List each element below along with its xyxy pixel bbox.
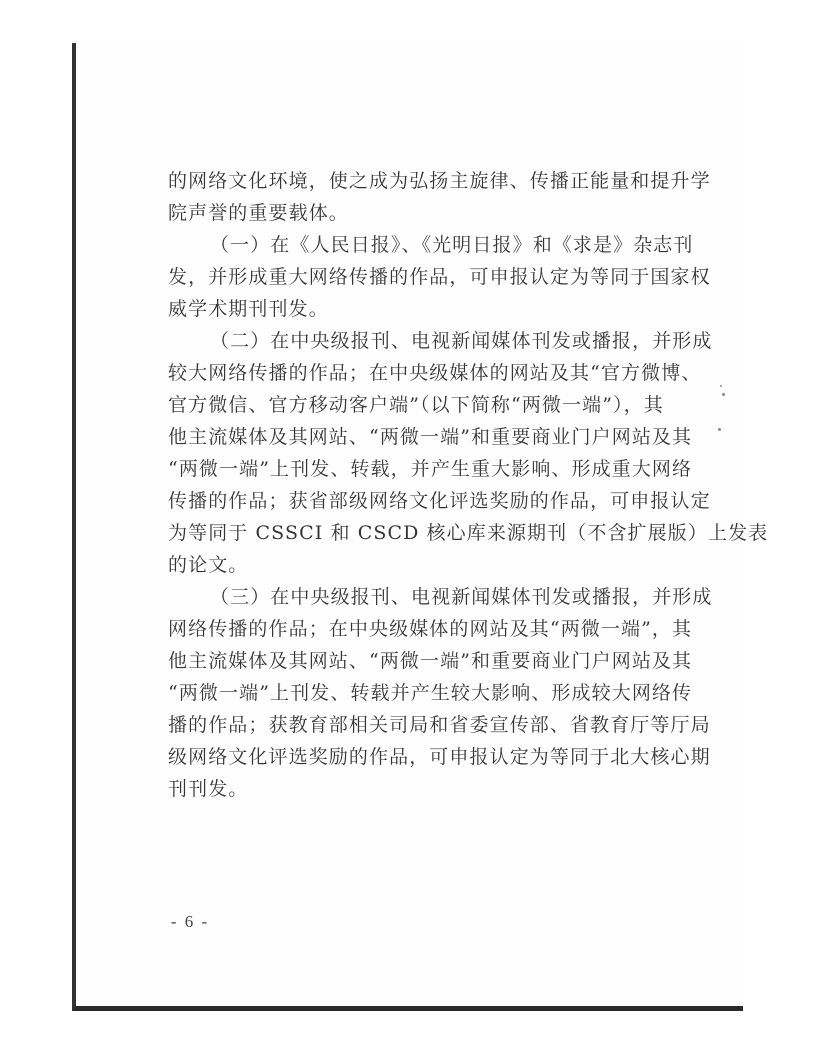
document-body: 的网络文化环境，使之成为弘扬主旋律、传播正能量和提升学 院声誉的重要载体。 （一… <box>168 165 658 805</box>
text-line: 播的作品；获教育部相关司局和省委宣传部、省教育厅等厅局 <box>168 709 658 741</box>
scan-speck <box>718 428 721 431</box>
text-line: 的论文。 <box>168 549 658 581</box>
scan-speck <box>720 385 722 387</box>
text-line: 院声誉的重要载体。 <box>168 197 658 229</box>
text-line: 网络传播的作品；在中央级媒体的网站及其“两微一端”，其 <box>168 613 658 645</box>
text-line: 为等同于 CSSCI 和 CSCD 核心库来源期刊（不含扩展版）上发表 <box>168 517 658 549</box>
text-line: 他主流媒体及其网站、“两微一端”和重要商业门户网站及其 <box>168 421 658 453</box>
text-line: 发，并形成重大网络传播的作品，可申报认定为等同于国家权 <box>168 261 658 293</box>
text-line: 官方微信、官方移动客户端”（以下简称“两微一端”），其 <box>168 389 658 421</box>
text-line: 刊刊发。 <box>168 773 658 805</box>
page-number: - 6 - <box>160 912 220 932</box>
text-line: “两微一端”上刊发、转载并产生较大影响、形成较大网络传 <box>168 677 658 709</box>
text-line: 他主流媒体及其网站、“两微一端”和重要商业门户网站及其 <box>168 645 658 677</box>
paragraph-three-start: （三）在中央级报刊、电视新闻媒体刊发或播报，并形成 <box>168 581 658 613</box>
text-line: 的网络文化环境，使之成为弘扬主旋律、传播正能量和提升学 <box>168 165 658 197</box>
text-line: 较大网络传播的作品；在中央级媒体的网站及其“官方微博、 <box>168 357 658 389</box>
paragraph-one-start: （一）在《人民日报》、《光明日报》和《求是》杂志刊 <box>168 229 658 261</box>
text-line: 级网络文化评选奖励的作品，可申报认定为等同于北大核心期 <box>168 741 658 773</box>
scan-speck <box>722 393 725 396</box>
text-line: “两微一端”上刊发、转载，并产生重大影响、形成重大网络 <box>168 453 658 485</box>
paragraph-two-start: （二）在中央级报刊、电视新闻媒体刊发或播报，并形成 <box>168 325 658 357</box>
text-line: 传播的作品；获省部级网络文化评选奖励的作品，可申报认定 <box>168 485 658 517</box>
text-line: 威学术期刊刊发。 <box>168 293 658 325</box>
